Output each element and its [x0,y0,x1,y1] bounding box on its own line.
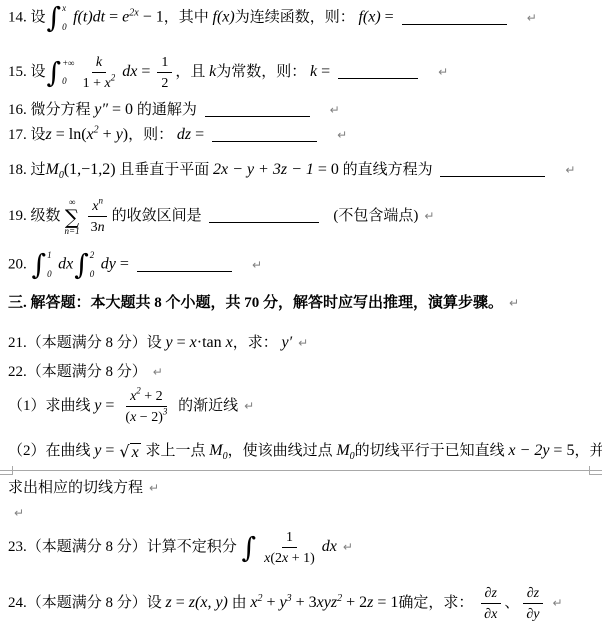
fraction-numerator: k [92,52,106,73]
text-run: 为连续函数，则： [235,10,359,26]
math-roman-run: − 2) [136,410,163,425]
question-15: 15. 设∫+∞0k1 + x2dx = 12，且 k为常数，则： k = ↵ [8,52,600,93]
paragraph-mark: ↵ [343,540,353,554]
math-roman-run: + 1) [288,551,315,566]
text-run: 16. 微分方程 [8,102,94,118]
integral-sign: ∫ [32,250,47,280]
math-roman-run: + 2 [342,594,367,611]
text-run: 24.（本题满分 8 分）设 [8,595,166,611]
math-roman-run: ·tan [197,334,226,351]
text-run: 求出相应的切线方程 [8,480,143,496]
integral: ∫+∞0 [47,58,75,88]
question-24: 24.（本题满分 8 分）设 z = z(x, y) 由 x2 + y3 + 3… [8,583,600,624]
integral: ∫ [242,533,257,563]
page-boundary-left-bar [0,474,12,475]
math-italic-run: ∂z [485,586,497,601]
question-14: 14. 设∫x0f(t)dt = e2x − 1，其中 f(x)为连续函数，则：… [8,3,600,33]
paragraph-mark: ↵ [527,11,537,25]
empty-paragraph: ↵ [8,503,600,523]
fraction-denominator: (x − 2)3 [121,407,171,427]
radicand: x [130,443,141,462]
integral-limits: 10 [47,250,57,280]
fraction-numerator: xn [88,196,107,217]
text-run: 、 [504,595,519,611]
math-italic-run: y′ [282,334,293,351]
fraction-numerator: x2 + 2 [126,386,167,407]
text-run: ，且 [175,64,209,80]
math-roman-run: = 5 [549,442,574,459]
text-run: 的切线平行于已知直线 [355,443,509,459]
page-boundary-left-tick [12,466,13,475]
math-roman-run: = [116,256,133,273]
fraction: k1 + x2 [79,52,120,93]
text-run: 的直线方程为 [339,162,437,178]
integral: ∫20 [74,250,100,280]
question-19: 19. 级数∞∑n=1xn3n的收敛区间是 (不包含端点)↵ [8,196,600,237]
answer-blank [205,102,310,117]
question-18: 18. 过M0(1,−1,2) 且垂直于平面 2x − y + 3z − 1 =… [8,160,600,180]
answer-blank [402,10,507,25]
math-roman-run: + [263,594,280,611]
paragraph-mark: ↵ [509,296,519,310]
text-run: (不包含端点) [333,208,418,224]
math-italic-run: dy [101,256,116,273]
math-roman-run: 1 [161,55,168,70]
integral-lower-limit: 0 [62,22,72,33]
math-roman-run: = [173,334,190,351]
fraction-numerator: 1 [282,527,297,548]
text-run: ，并 [574,443,602,459]
integral: ∫x0 [47,3,73,33]
math-roman-run: = ln( [52,126,87,143]
integral: ∫10 [32,250,58,280]
paragraph-mark: ↵ [438,65,448,79]
math-italic-run: n [98,220,105,235]
text-run: 由 [228,595,251,611]
text-run: 求上一点 [142,443,210,459]
math-roman-run: = 0 [314,161,339,178]
math-roman-run: = [381,9,398,26]
question-16: 16. 微分方程 y″ = 0 的通解为 ↵ [8,100,600,120]
integral-sign: ∫ [74,250,89,280]
text-run: 18. 过 [8,162,46,178]
fraction-denominator: 3n [87,217,109,237]
paragraph-mark: ↵ [298,336,308,350]
paragraph-mark: ↵ [565,163,575,177]
fraction: x2 + 2(x − 2)3 [121,386,171,427]
math-roman-run: (1,−1,2) [64,161,116,178]
integral-limits: 20 [90,250,100,280]
fraction-denominator: ∂x [480,604,501,624]
text-run: 且垂直于平面 [116,162,214,178]
paragraph-mark: ↵ [149,481,159,495]
math-italic-run: dx [322,538,337,555]
text-run: 为常数，则： [216,64,310,80]
superscript: n [98,196,103,206]
math-italic-run: y [280,594,287,611]
question-22-part-2-continuation: 求出相应的切线方程↵ [8,478,600,498]
math-roman-run: 1 [286,530,293,545]
superscript: 3 [163,407,168,417]
integral-lower-limit: 0 [47,269,57,280]
text-run: 的渐近线 [174,398,238,414]
fraction: 12 [157,52,172,93]
text-run: （2）在曲线 [8,443,94,459]
text-run: 的通解为 [133,102,201,118]
math-italic-run: k [96,55,102,70]
math-roman-run: + 2 [141,389,163,404]
integral-sign: ∫ [47,3,62,33]
text-run: ，其中 [164,10,213,26]
math-italic-run: xyz [317,594,337,611]
math-italic-run: M [336,442,349,459]
text-run: ，则： [128,127,177,143]
math-italic-run: ∂z [527,586,539,601]
math-roman-run: (2 [270,551,282,566]
text-run: 确定，求： [398,595,477,611]
math-roman-run: 1 + [83,76,105,91]
math-roman-run: = [105,9,122,26]
section-heading: 三. 解答题：本大题共 8 个小题，共 70 分，解答时应写出推理，演算步骤。↵ [8,293,600,313]
fraction: xn3n [87,196,109,237]
page-boundary-marker [0,470,602,480]
integral-limits: x0 [62,3,72,33]
math-roman-run: = [191,126,208,143]
math-italic-run: y [116,126,123,143]
math-italic-run: ∂y [526,607,539,622]
integral-sign: ∫ [47,58,62,88]
math-italic-run: y [166,334,173,351]
fraction-numerator: ∂z [481,583,501,604]
text-run: 22.（本题满分 8 分） [8,364,147,380]
math-roman-run: 3 [91,220,98,235]
text-run: （1）求曲线 [8,398,94,414]
math-italic-run: x [250,594,257,611]
math-italic-run: 2x − y + 3z − 1 [213,161,314,178]
answer-blank [137,257,232,272]
question-22: 22.（本题满分 8 分）↵ [8,362,600,382]
integral-upper-limit: x [62,3,72,14]
integral-upper-limit: 1 [47,250,57,261]
integral-lower-limit: 0 [62,76,75,87]
page-boundary-line [0,470,602,471]
integral-limits: +∞0 [62,58,75,88]
math-roman-run: = 1 [373,594,398,611]
question-22-part-2: （2）在曲线 y = √x 求上一点 M0，使该曲线过点 M0的切线平行于已知直… [8,441,600,462]
math-italic-run: z(x, y) [189,594,228,611]
math-italic-run: f(x) [358,9,380,26]
fraction-denominator: 1 + x2 [79,73,120,93]
math-italic-run: x [226,334,233,351]
square-root: √x [119,443,140,462]
fraction: ∂z∂x [480,583,501,624]
paragraph-mark: ↵ [244,399,254,413]
math-italic-run: x [132,444,139,461]
document-page[interactable]: 14. 设∫x0f(t)dt = e2x − 1，其中 f(x)为连续函数，则：… [0,0,602,625]
text-run: ，使该曲线过点 [228,443,337,459]
fraction-denominator: x(2x + 1) [260,548,319,568]
question-21: 21.（本题满分 8 分）设 y = x·tan x，求： y′↵ [8,333,600,353]
text-run: ，求： [233,335,282,351]
integral-upper-limit: +∞ [62,58,75,69]
math-italic-run: x [190,334,197,351]
question-23: 23.（本题满分 8 分）计算不定积分 ∫1x(2x + 1)dx↵ [8,527,600,568]
text-run: 20. [8,257,31,273]
math-roman-run: = [317,63,334,80]
paragraph-mark: ↵ [337,128,347,142]
fraction-denominator: 2 [157,73,172,93]
math-italic-run: dx [58,256,73,273]
math-italic-run: dz [177,126,191,143]
text-run: 19. 级数 [8,208,61,224]
math-italic-run: M [209,442,222,459]
paragraph-mark: ↵ [552,596,562,610]
paragraph-mark: ↵ [330,103,340,117]
question-17: 17. 设z = ln(x2 + y)，则： dz = ↵ [8,125,600,145]
math-italic-run: y″ [94,101,108,118]
fraction-numerator: 1 [157,52,172,73]
fraction-numerator: ∂z [523,583,543,604]
math-italic-run: M [46,161,59,178]
math-roman-run: 2 [161,76,168,91]
math-roman-run: − 1 [139,9,164,26]
answer-blank [209,208,319,223]
question-20: 20. ∫10dx∫20dy = ↵ [8,250,600,280]
math-italic-run: f(x) [213,9,235,26]
fraction: 1x(2x + 1) [260,527,319,568]
superscript: 2 [111,73,116,83]
answer-blank [338,64,418,79]
text-run: 15. 设 [8,64,46,80]
summation-lower-limit: n=1 [65,227,80,236]
radical-sign: √ [119,443,129,462]
text-run: 21.（本题满分 8 分）设 [8,335,166,351]
math-roman-run: = 0 [108,101,133,118]
paragraph-mark: ↵ [252,258,262,272]
fraction-denominator: ∂y [522,604,543,624]
summation-sign: ∑ [65,207,79,227]
paragraph-mark: ↵ [153,365,163,379]
text-run: 17. 设 [8,127,46,143]
text-run: 14. 设 [8,10,46,26]
fraction: ∂z∂y [522,583,543,624]
math-italic-run: x [87,126,94,143]
math-roman-run: = [101,397,118,414]
integral-upper-limit: 2 [90,250,100,261]
math-italic-run: x − 2y [508,442,549,459]
answer-blank [440,162,545,177]
text-run: 23.（本题满分 8 分）计算不定积分 [8,539,241,555]
math-italic-run: ∂x [484,607,497,622]
page-boundary-right-bar [590,474,602,475]
math-roman-run: + 3 [292,594,317,611]
answer-blank [212,127,317,142]
integral-lower-limit: 0 [90,269,100,280]
math-italic-run: dx [122,63,137,80]
summation: ∞∑n=1 [65,198,80,236]
math-roman-run: + [99,126,116,143]
bold-text-run: 三. 解答题：本大题共 8 个小题，共 70 分，解答时应写出推理，演算步骤。 [8,295,503,311]
question-22-part-1: （1）求曲线 y = x2 + 2(x − 2)3 的渐近线↵ [8,386,600,427]
math-roman-run: = [137,63,154,80]
integral-sign: ∫ [242,533,257,563]
paragraph-mark: ↵ [14,506,24,520]
paragraph-mark: ↵ [424,209,434,223]
math-roman-run: = [101,442,118,459]
math-roman-run: = [172,594,189,611]
superscript: 2x [129,7,138,18]
text-run: 的收敛区间是 [112,208,206,224]
math-italic-run: f(t)dt [73,9,105,26]
